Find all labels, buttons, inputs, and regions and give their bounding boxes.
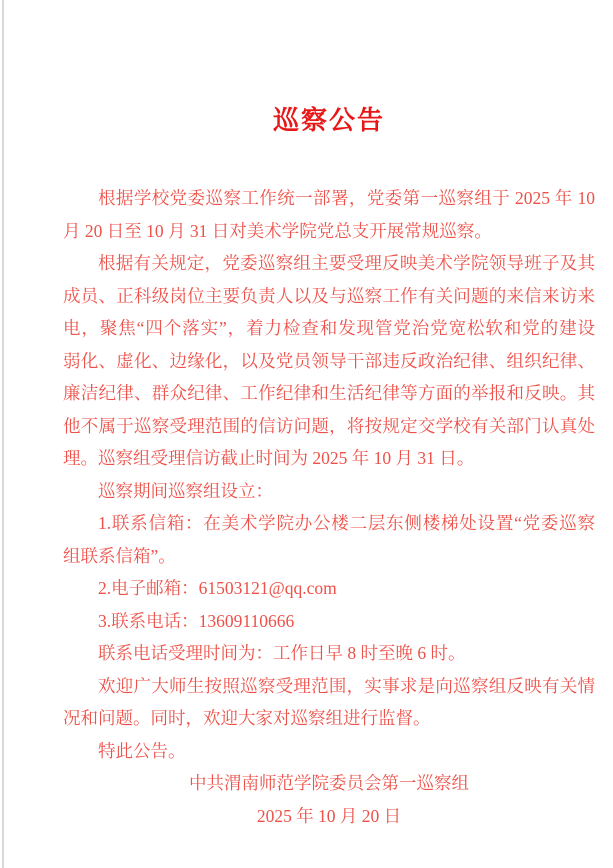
text-line: 成员、正科级岗位主要负责人以及与巡察工作有关问题的来信来访来 <box>63 280 595 313</box>
text-line: 特此公告。 <box>63 735 595 768</box>
text-line: 组联系信箱”。 <box>63 540 595 573</box>
page-edge-line <box>2 0 4 868</box>
document-content: 巡察公告 根据学校党委巡察工作统一部署，党委第一巡察组于 2025 年 10月 … <box>63 0 595 832</box>
text-line: 根据有关规定，党委巡察组主要受理反映美术学院领导班子及其 <box>63 247 595 280</box>
signature-line: 中共渭南师范学院委员会第一巡察组 <box>63 767 595 800</box>
text-line: 联系电话受理时间为：工作日早 8 时至晚 6 时。 <box>63 637 595 670</box>
text-line: 他不属于巡察受理范围的信访问题，将按规定交学校有关部门认真处 <box>63 410 595 443</box>
text-line: 弱化、虚化、边缘化，以及党员领导干部违反政治纪律、组织纪律、 <box>63 345 595 378</box>
text-line: 3.联系电话：13609110666 <box>63 605 595 638</box>
text-line: 廉洁纪律、群众纪律、工作纪律和生活纪律等方面的举报和反映。其 <box>63 377 595 410</box>
document-page: 巡察公告 根据学校党委巡察工作统一部署，党委第一巡察组于 2025 年 10月 … <box>0 0 613 868</box>
document-lines: 根据学校党委巡察工作统一部署，党委第一巡察组于 2025 年 10月 20 日至… <box>63 182 595 767</box>
text-line: 2.电子邮箱：61503121@qq.com <box>63 572 595 605</box>
text-line: 月 20 日至 10 月 31 日对美术学院党总支开展常规巡察。 <box>63 215 595 248</box>
date-line: 2025 年 10 月 20 日 <box>63 800 595 833</box>
text-line: 巡察期间巡察组设立： <box>63 475 595 508</box>
text-line: 根据学校党委巡察工作统一部署，党委第一巡察组于 2025 年 10 <box>63 182 595 215</box>
text-line: 电，聚焦“四个落实”，着力检查和发现管党治党宽松软和党的建设 <box>63 312 595 345</box>
text-line: 1.联系信箱：在美术学院办公楼二层东侧楼梯处设置“党委巡察 <box>63 507 595 540</box>
text-line: 况和问题。同时，欢迎大家对巡察组进行监督。 <box>63 702 595 735</box>
text-line: 理。巡察组受理信访截止时间为 2025 年 10 月 31 日。 <box>63 442 595 475</box>
notice-title: 巡察公告 <box>63 104 595 136</box>
text-line: 欢迎广大师生按照巡察受理范围，实事求是向巡察组反映有关情 <box>63 670 595 703</box>
